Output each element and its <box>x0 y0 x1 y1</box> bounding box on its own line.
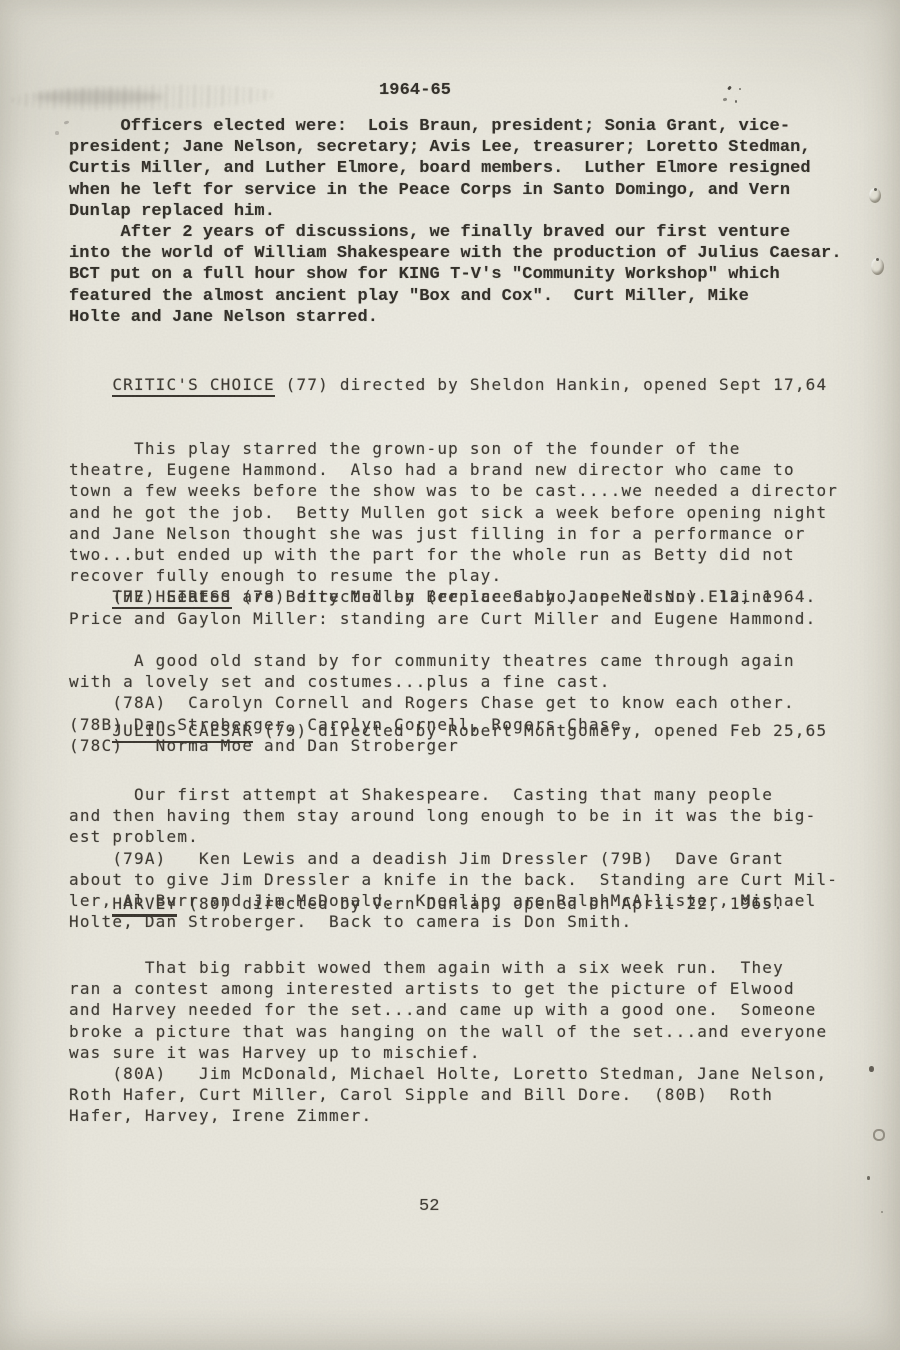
scanned-page: 1964-65 Officers elected were: Lois Brau… <box>0 0 900 1350</box>
text-line: and then having them stay around long en… <box>69 805 879 826</box>
text-line: was sure it was Harvey up to mischief. <box>69 1042 879 1063</box>
heading-indent <box>69 894 112 913</box>
section-title-rest: (78) directed by Bernice Sacho, opened N… <box>232 587 817 606</box>
text-line: Dunlap replaced him. <box>69 201 869 222</box>
text-line: Our first attempt at Shakespeare. Castin… <box>69 784 879 805</box>
section-heading-line: CRITIC'S CHOICE (77) directed by Sheldon… <box>69 374 879 395</box>
text-line: and Jane Nelson thought she was just fil… <box>69 523 879 544</box>
text-line: Holte and Jane Nelson starred. <box>69 307 869 328</box>
ink-speck <box>727 86 732 91</box>
page-title: 1964-65 <box>379 80 451 101</box>
heading-indent <box>69 587 112 606</box>
section-heading-line: HARVEY (80) directed by Vern Dunlap, ope… <box>69 893 879 914</box>
text-line: featured the almost ancient play "Box an… <box>69 286 869 307</box>
section-title: JULIUS CAESAR <box>112 721 253 743</box>
text-line: broke a picture that was hanging on the … <box>69 1021 879 1042</box>
heading-indent <box>69 375 112 394</box>
text-line: when he left for service in the Peace Co… <box>69 180 869 201</box>
section-title: THE HEIRESS <box>112 587 231 609</box>
page-number: 52 <box>419 1196 440 1217</box>
ink-speck <box>735 100 737 103</box>
ink-speck <box>55 131 59 135</box>
text-line: (80A) Jim McDonald, Michael Holte, Loret… <box>69 1063 879 1084</box>
ink-speck <box>881 1211 883 1213</box>
ink-speck <box>739 88 741 90</box>
text-line: Curtis Miller, and Luther Elmore, board … <box>69 158 869 179</box>
section-title: CRITIC'S CHOICE <box>112 375 275 397</box>
text-line: theatre, Eugene Hammond. Also had a bran… <box>69 459 879 480</box>
text-line: Officers elected were: Lois Braun, presi… <box>69 116 869 137</box>
text-line: town a few weeks before the show was to … <box>69 480 879 501</box>
heading-indent <box>69 721 112 740</box>
text-line: BCT put on a full hour show for KING T-V… <box>69 264 869 285</box>
section-harvey: HARVEY (80) directed by Vern Dunlap, ope… <box>69 851 879 1169</box>
text-line: Hafer, Harvey, Irene Zimmer. <box>69 1105 879 1126</box>
text-line: ran a contest among interested artists t… <box>69 978 879 999</box>
text-line: and Harvey needed for the set...and came… <box>69 999 879 1020</box>
section-body: That big rabbit wowed them again with a … <box>69 957 879 1127</box>
section-title: HARVEY <box>112 894 177 917</box>
text-line: est problem. <box>69 826 879 847</box>
section-title-rest: (80) directed by Vern Dunlap, opened on … <box>177 894 784 913</box>
ink-speck <box>867 1176 870 1180</box>
section-heading-line: THE HEIRESS (78) directed by Bernice Sac… <box>69 586 879 607</box>
section-title-rest: (77) directed by Sheldon Hankin, opened … <box>275 375 827 394</box>
paper-pinhole <box>871 258 884 275</box>
text-line: A good old stand by for community theatr… <box>69 650 879 671</box>
text-line: and he got the job. Betty Mullen got sic… <box>69 502 879 523</box>
text-line: After 2 years of discussions, we finally… <box>69 222 869 243</box>
ink-speck <box>723 98 728 102</box>
section-heading-line: JULIUS CAESAR (79) directed by Robert Mo… <box>69 720 879 741</box>
intro-paragraphs: Officers elected were: Lois Braun, presi… <box>69 116 869 328</box>
paper-pinhole <box>869 188 881 203</box>
text-line: president; Jane Nelson, secretary; Avis … <box>69 137 869 158</box>
text-line: Roth Hafer, Curt Miller, Carol Sipple an… <box>69 1084 879 1105</box>
text-line: This play starred the grown-up son of th… <box>69 438 879 459</box>
ink-bleed-smudge <box>34 90 164 104</box>
text-line: into the world of William Shakespeare wi… <box>69 243 869 264</box>
text-line: That big rabbit wowed them again with a … <box>69 957 879 978</box>
section-title-rest: (79) directed by Robert Montgomery, open… <box>253 721 827 740</box>
